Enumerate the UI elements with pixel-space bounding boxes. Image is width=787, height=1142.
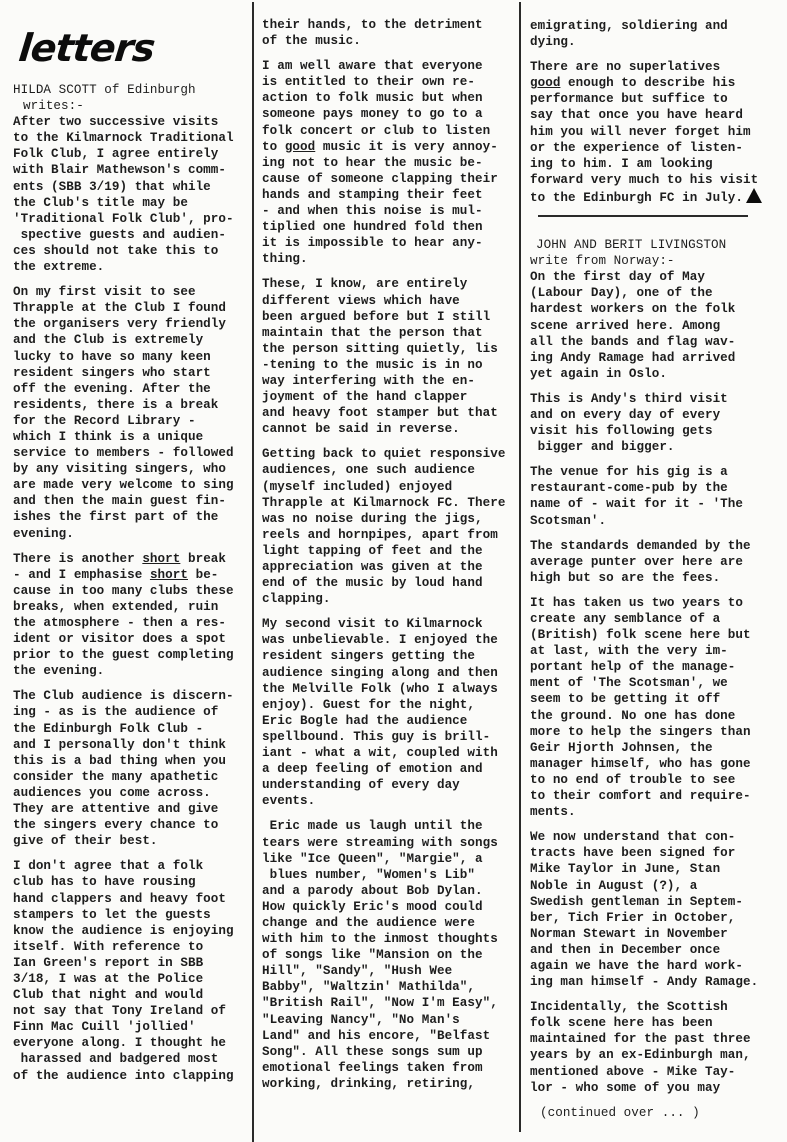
text-line: ing - as is the audience of bbox=[13, 704, 253, 720]
text-line: the organisers very friendly bbox=[13, 316, 253, 332]
underlined-word: good bbox=[285, 140, 315, 154]
text-line: end of the music by loud hand bbox=[262, 575, 518, 591]
text-line: ishes the first part of the bbox=[13, 509, 253, 525]
text-line: Mike Taylor in June, Stan bbox=[530, 861, 780, 877]
text-line: The Club audience is discern- bbox=[13, 688, 253, 704]
text-line: evening. bbox=[13, 526, 253, 542]
text-line: it is impossible to hear any- bbox=[262, 235, 518, 251]
text-line: their hands, to the detriment bbox=[262, 17, 518, 33]
text-line: to the Kilmarnock Traditional bbox=[13, 130, 253, 146]
text-line: which I think is a unique bbox=[13, 429, 253, 445]
column-3: emigrating, soldiering anddying.There ar… bbox=[530, 18, 780, 1142]
letter2-body: On the first day of May(Labour Day), one… bbox=[530, 269, 780, 1096]
paragraph: On the first day of May(Labour Day), one… bbox=[530, 269, 780, 382]
paragraph: Incidentally, the Scottishfolk scene her… bbox=[530, 999, 780, 1096]
text-line: by any visiting singers, who bbox=[13, 461, 253, 477]
text-line: ment of 'The Scotsman', we bbox=[530, 675, 780, 691]
text-line: blues number, "Women's Lib" bbox=[262, 867, 518, 883]
end-of-article-triangle-icon bbox=[746, 188, 762, 203]
column-rule-right bbox=[519, 2, 521, 1132]
text-line: (British) folk scene here but bbox=[530, 627, 780, 643]
text-line: emotional feelings taken from bbox=[262, 1060, 518, 1076]
text-line: We now understand that con- bbox=[530, 829, 780, 845]
underlined-word: good bbox=[530, 76, 560, 90]
text-line: These, I know, are entirely bbox=[262, 276, 518, 292]
text-line: Finn Mac Cuill 'jollied' bbox=[13, 1019, 253, 1035]
text-line: high but so are the fees. bbox=[530, 570, 780, 586]
text-line: audiences, one such audience bbox=[262, 462, 518, 478]
text-line: mentioned above - Mike Tay- bbox=[530, 1064, 780, 1080]
text-line: change and the audience were bbox=[262, 915, 518, 931]
text-line: Thrapple at Kilmarnock FC. There bbox=[262, 495, 518, 511]
text-line: ing not to hear the music be- bbox=[262, 155, 518, 171]
text-line: of the music. bbox=[262, 33, 518, 49]
text-line: 'Traditional Folk Club', pro- bbox=[13, 211, 253, 227]
text-line: average punter over here are bbox=[530, 554, 780, 570]
text-line: (Labour Day), one of the bbox=[530, 285, 780, 301]
text-line: spellbound. This guy is brill- bbox=[262, 729, 518, 745]
text-line: visit his following gets bbox=[530, 423, 780, 439]
text-line: good enough to describe his bbox=[530, 75, 780, 91]
text-line: way interfering with the en- bbox=[262, 373, 518, 389]
text-line: seem to be getting it off bbox=[530, 691, 780, 707]
text-line: Babby", "Waltzin' Mathilda", bbox=[262, 979, 518, 995]
text-line: stampers to let the guests bbox=[13, 907, 253, 923]
text-line: all the bands and flag wav- bbox=[530, 334, 780, 350]
text-line: with him to the inmost thoughts bbox=[262, 931, 518, 947]
text-line: enjoy). Guest for the night, bbox=[262, 697, 518, 713]
text-line: portant help of the manage- bbox=[530, 659, 780, 675]
letter1-byline-writes: writes:- bbox=[13, 98, 253, 114]
text-line: and then in December once bbox=[530, 942, 780, 958]
text-line: residents, there is a break bbox=[13, 397, 253, 413]
text-line: emigrating, soldiering and bbox=[530, 18, 780, 34]
text-line: breaks, when extended, ruin bbox=[13, 599, 253, 615]
text-line: cause in too many clubs these bbox=[13, 583, 253, 599]
paragraph: their hands, to the detrimentof the musi… bbox=[262, 17, 518, 49]
text-line: "Leaving Nancy", "No Man's bbox=[262, 1012, 518, 1028]
text-line: give of their best. bbox=[13, 833, 253, 849]
text-line: - and I emphasise short be- bbox=[13, 567, 253, 583]
paragraph: Getting back to quiet responsiveaudience… bbox=[262, 446, 518, 607]
text-line: this is a bad thing when you bbox=[13, 753, 253, 769]
text-line: years by an ex-Edinburgh man, bbox=[530, 1047, 780, 1063]
text-line: different views which have bbox=[262, 293, 518, 309]
text-line: club has to have rousing bbox=[13, 874, 253, 890]
text-line: Norman Stewart in November bbox=[530, 926, 780, 942]
text-line: - and when this noise is mul- bbox=[262, 203, 518, 219]
continued-note: (continued over ... ) bbox=[530, 1105, 780, 1121]
text-line: bigger and bigger. bbox=[530, 439, 780, 455]
paragraph: The Club audience is discern-ing - as is… bbox=[13, 688, 253, 849]
text-line: the extreme. bbox=[13, 259, 253, 275]
text-line: Eric Bogle had the audience bbox=[262, 713, 518, 729]
text-line: appreciation was given at the bbox=[262, 559, 518, 575]
text-line: performance but suffice to bbox=[530, 91, 780, 107]
text-line: joyment of the hand clapper bbox=[262, 389, 518, 405]
text-line: Noble in August (?), a bbox=[530, 878, 780, 894]
text-line: of the audience into clapping bbox=[13, 1068, 253, 1084]
text-line: folk scene here has been bbox=[530, 1015, 780, 1031]
text-line: was no noise during the jigs, bbox=[262, 511, 518, 527]
text-line: a deep feeling of emotion and bbox=[262, 761, 518, 777]
underlined-word: short bbox=[142, 552, 180, 566]
text-line: are made very welcome to sing bbox=[13, 477, 253, 493]
text-line: -tening to the music is in no bbox=[262, 357, 518, 373]
paragraph: I am well aware that everyoneis entitled… bbox=[262, 58, 518, 267]
text-line: Scotsman'. bbox=[530, 513, 780, 529]
text-line: him you will never forget him bbox=[530, 124, 780, 140]
text-line: audiences you come across. bbox=[13, 785, 253, 801]
text-line: Geir Hjorth Johnsen, the bbox=[530, 740, 780, 756]
text-line: light tapping of feet and the bbox=[262, 543, 518, 559]
paragraph: The venue for his gig is arestaurant-com… bbox=[530, 464, 780, 528]
text-line: Incidentally, the Scottish bbox=[530, 999, 780, 1015]
text-line: understanding of every day bbox=[262, 777, 518, 793]
text-line: to good music it is very annoy- bbox=[262, 139, 518, 155]
text-line: reels and hornpipes, apart from bbox=[262, 527, 518, 543]
text-line: On my first visit to see bbox=[13, 284, 253, 300]
text-line: at last, with the very im- bbox=[530, 643, 780, 659]
text-line: The standards demanded by the bbox=[530, 538, 780, 554]
text-line: ber, Tich Frier in October, bbox=[530, 910, 780, 926]
text-line: This is Andy's third visit bbox=[530, 391, 780, 407]
text-line: hands and stamping their feet bbox=[262, 187, 518, 203]
text-line: know the audience is enjoying bbox=[13, 923, 253, 939]
text-line: spective guests and audien- bbox=[13, 227, 253, 243]
text-line: 3/18, I was at the Police bbox=[13, 971, 253, 987]
text-line: Getting back to quiet responsive bbox=[262, 446, 518, 462]
text-line: ing man himself - Andy Ramage. bbox=[530, 974, 780, 990]
text-line: Hill", "Sandy", "Hush Wee bbox=[262, 963, 518, 979]
text-line: to no end of trouble to see bbox=[530, 772, 780, 788]
text-line: create any semblance of a bbox=[530, 611, 780, 627]
underlined-word: short bbox=[150, 568, 188, 582]
text-line: say that once you have heard bbox=[530, 107, 780, 123]
letter1-byline: HILDA SCOTT of Edinburgh bbox=[13, 82, 253, 98]
text-line: folk concert or club to listen bbox=[262, 123, 518, 139]
text-line: like "Ice Queen", "Margie", a bbox=[262, 851, 518, 867]
paragraph: It has taken us two years tocreate any s… bbox=[530, 595, 780, 820]
text-line: consider the many apathetic bbox=[13, 769, 253, 785]
text-line: harassed and badgered most bbox=[13, 1051, 253, 1067]
text-line: dying. bbox=[530, 34, 780, 50]
text-line: tracts have been signed for bbox=[530, 845, 780, 861]
text-line: restaurant-come-pub by the bbox=[530, 480, 780, 496]
text-line: and on every day of every bbox=[530, 407, 780, 423]
paragraph: Eric made us laugh until thetears were s… bbox=[262, 818, 518, 1092]
paragraph: emigrating, soldiering anddying. bbox=[530, 18, 780, 50]
paragraph: After two successive visitsto the Kilmar… bbox=[13, 114, 253, 275]
text-line: Thrapple at the Club I found bbox=[13, 300, 253, 316]
text-line: more to help the singers than bbox=[530, 724, 780, 740]
column-2: their hands, to the detrimentof the musi… bbox=[262, 17, 518, 1142]
text-line: I am well aware that everyone bbox=[262, 58, 518, 74]
text-line: Land" and his encore, "Belfast bbox=[262, 1028, 518, 1044]
letter1-body-col2: their hands, to the detrimentof the musi… bbox=[262, 17, 518, 1092]
text-line: lor - who some of you may bbox=[530, 1080, 780, 1096]
text-line: forward very much to his visit bbox=[530, 172, 780, 188]
text-line: (myself included) enjoyed bbox=[262, 479, 518, 495]
text-line: cannot be said in reverse. bbox=[262, 421, 518, 437]
text-line: resident singers who start bbox=[13, 365, 253, 381]
text-line: tiplied one hundred fold then bbox=[262, 219, 518, 235]
text-line: thing. bbox=[262, 251, 518, 267]
text-line: the Club's title may be bbox=[13, 195, 253, 211]
text-line: to the Edinburgh FC in July. bbox=[530, 188, 780, 206]
text-line: the singers every chance to bbox=[13, 817, 253, 833]
text-line: ces should not take this to bbox=[13, 243, 253, 259]
letter1-body-col3: emigrating, soldiering anddying.There ar… bbox=[530, 18, 780, 206]
text-line: prior to the guest completing bbox=[13, 647, 253, 663]
text-line: the ground. No one has done bbox=[530, 708, 780, 724]
text-line: been argued before but I still bbox=[262, 309, 518, 325]
text-line: Folk Club, I agree entirely bbox=[13, 146, 253, 162]
paragraph: We now understand that con-tracts have b… bbox=[530, 829, 780, 990]
text-line: "British Rail", "Now I'm Easy", bbox=[262, 995, 518, 1011]
text-line: the Melville Folk (who I always bbox=[262, 681, 518, 697]
letter2-byline-writes: write from Norway:- bbox=[530, 253, 780, 269]
text-line: tears were streaming with songs bbox=[262, 835, 518, 851]
letter1-body-col1: After two successive visitsto the Kilmar… bbox=[13, 114, 253, 1083]
text-line: maintain that the person that bbox=[262, 325, 518, 341]
text-line: everyone along. I thought he bbox=[13, 1035, 253, 1051]
text-line: hardest workers on the folk bbox=[530, 301, 780, 317]
text-line: There are no superlatives bbox=[530, 59, 780, 75]
text-line: ments. bbox=[530, 804, 780, 820]
text-line: or the experience of listen- bbox=[530, 140, 780, 156]
text-line: action to folk music but when bbox=[262, 90, 518, 106]
text-line: was unbelievable. I enjoyed the bbox=[262, 632, 518, 648]
text-line: the person sitting quietly, lis bbox=[262, 341, 518, 357]
text-line: service to members - followed bbox=[13, 445, 253, 461]
text-line: off the evening. After the bbox=[13, 381, 253, 397]
text-line: ident or visitor does a spot bbox=[13, 631, 253, 647]
text-line: ing Andy Ramage had arrived bbox=[530, 350, 780, 366]
text-line: I don't agree that a folk bbox=[13, 858, 253, 874]
text-line: It has taken us two years to bbox=[530, 595, 780, 611]
text-line: for the Record Library - bbox=[13, 413, 253, 429]
text-line: audience singing along and then bbox=[262, 665, 518, 681]
text-line: and heavy foot stamper but that bbox=[262, 405, 518, 421]
text-line: yet again in Oslo. bbox=[530, 366, 780, 382]
text-line: clapping. bbox=[262, 591, 518, 607]
text-line: and then the main guest fin- bbox=[13, 493, 253, 509]
text-line: maintained for the past three bbox=[530, 1031, 780, 1047]
text-line: lucky to have so many keen bbox=[13, 349, 253, 365]
text-line: the evening. bbox=[13, 663, 253, 679]
text-line: How quickly Eric's mood could bbox=[262, 899, 518, 915]
text-line: The venue for his gig is a bbox=[530, 464, 780, 480]
text-line: to their comfort and require- bbox=[530, 788, 780, 804]
letter-divider bbox=[538, 215, 748, 217]
text-line: hand clappers and heavy foot bbox=[13, 891, 253, 907]
text-line: Eric made us laugh until the bbox=[262, 818, 518, 834]
newsletter-page: letters HILDA SCOTT of Edinburgh writes:… bbox=[0, 0, 787, 1142]
column-1: letters HILDA SCOTT of Edinburgh writes:… bbox=[13, 28, 253, 1142]
text-line: the atmosphere - then a res- bbox=[13, 615, 253, 631]
text-line: with Blair Mathewson's comm- bbox=[13, 162, 253, 178]
text-line: and I personally don't think bbox=[13, 737, 253, 753]
text-line: someone pays money to go to a bbox=[262, 106, 518, 122]
text-line: of songs like "Mansion on the bbox=[262, 947, 518, 963]
text-line: and the Club is extremely bbox=[13, 332, 253, 348]
text-line: events. bbox=[262, 793, 518, 809]
text-line: They are attentive and give bbox=[13, 801, 253, 817]
text-line: working, drinking, retiring, bbox=[262, 1076, 518, 1092]
text-line: After two successive visits bbox=[13, 114, 253, 130]
text-line: is entitled to their own re- bbox=[262, 74, 518, 90]
text-line: the Edinburgh Folk Club - bbox=[13, 721, 253, 737]
text-line: On the first day of May bbox=[530, 269, 780, 285]
paragraph: I don't agree that a folkclub has to hav… bbox=[13, 858, 253, 1083]
text-line: and a parody about Bob Dylan. bbox=[262, 883, 518, 899]
text-line: Ian Green's report in SBB bbox=[13, 955, 253, 971]
text-line: My second visit to Kilmarnock bbox=[262, 616, 518, 632]
text-line: cause of someone clapping their bbox=[262, 171, 518, 187]
paragraph: On my first visit to seeThrapple at the … bbox=[13, 284, 253, 542]
paragraph: These, I know, are entirelydifferent vie… bbox=[262, 276, 518, 437]
text-line: Club that night and would bbox=[13, 987, 253, 1003]
text-line: itself. With reference to bbox=[13, 939, 253, 955]
text-line: name of - wait for it - 'The bbox=[530, 496, 780, 512]
text-line: Swedish gentleman in Septem- bbox=[530, 894, 780, 910]
text-line: resident singers getting the bbox=[262, 648, 518, 664]
text-line: again we have the hard work- bbox=[530, 958, 780, 974]
paragraph: There is another short break- and I emph… bbox=[13, 551, 253, 680]
paragraph: This is Andy's third visitand on every d… bbox=[530, 391, 780, 455]
paragraph: My second visit to Kilmarnockwas unbelie… bbox=[262, 616, 518, 809]
text-line: not say that Tony Ireland of bbox=[13, 1003, 253, 1019]
paragraph: There are no superlativesgood enough to … bbox=[530, 59, 780, 206]
text-line: manager himself, who has gone bbox=[530, 756, 780, 772]
text-line: iant - what a wit, coupled with bbox=[262, 745, 518, 761]
text-line: scene arrived here. Among bbox=[530, 318, 780, 334]
text-line: ents (SBB 3/19) that while bbox=[13, 179, 253, 195]
text-line: There is another short break bbox=[13, 551, 253, 567]
section-title: letters bbox=[17, 28, 255, 68]
letter2-byline: JOHN AND BERIT LIVINGSTON bbox=[530, 237, 780, 253]
text-line: Song". All these songs sum up bbox=[262, 1044, 518, 1060]
paragraph: The standards demanded by theaverage pun… bbox=[530, 538, 780, 586]
text-line: ing to him. I am looking bbox=[530, 156, 780, 172]
